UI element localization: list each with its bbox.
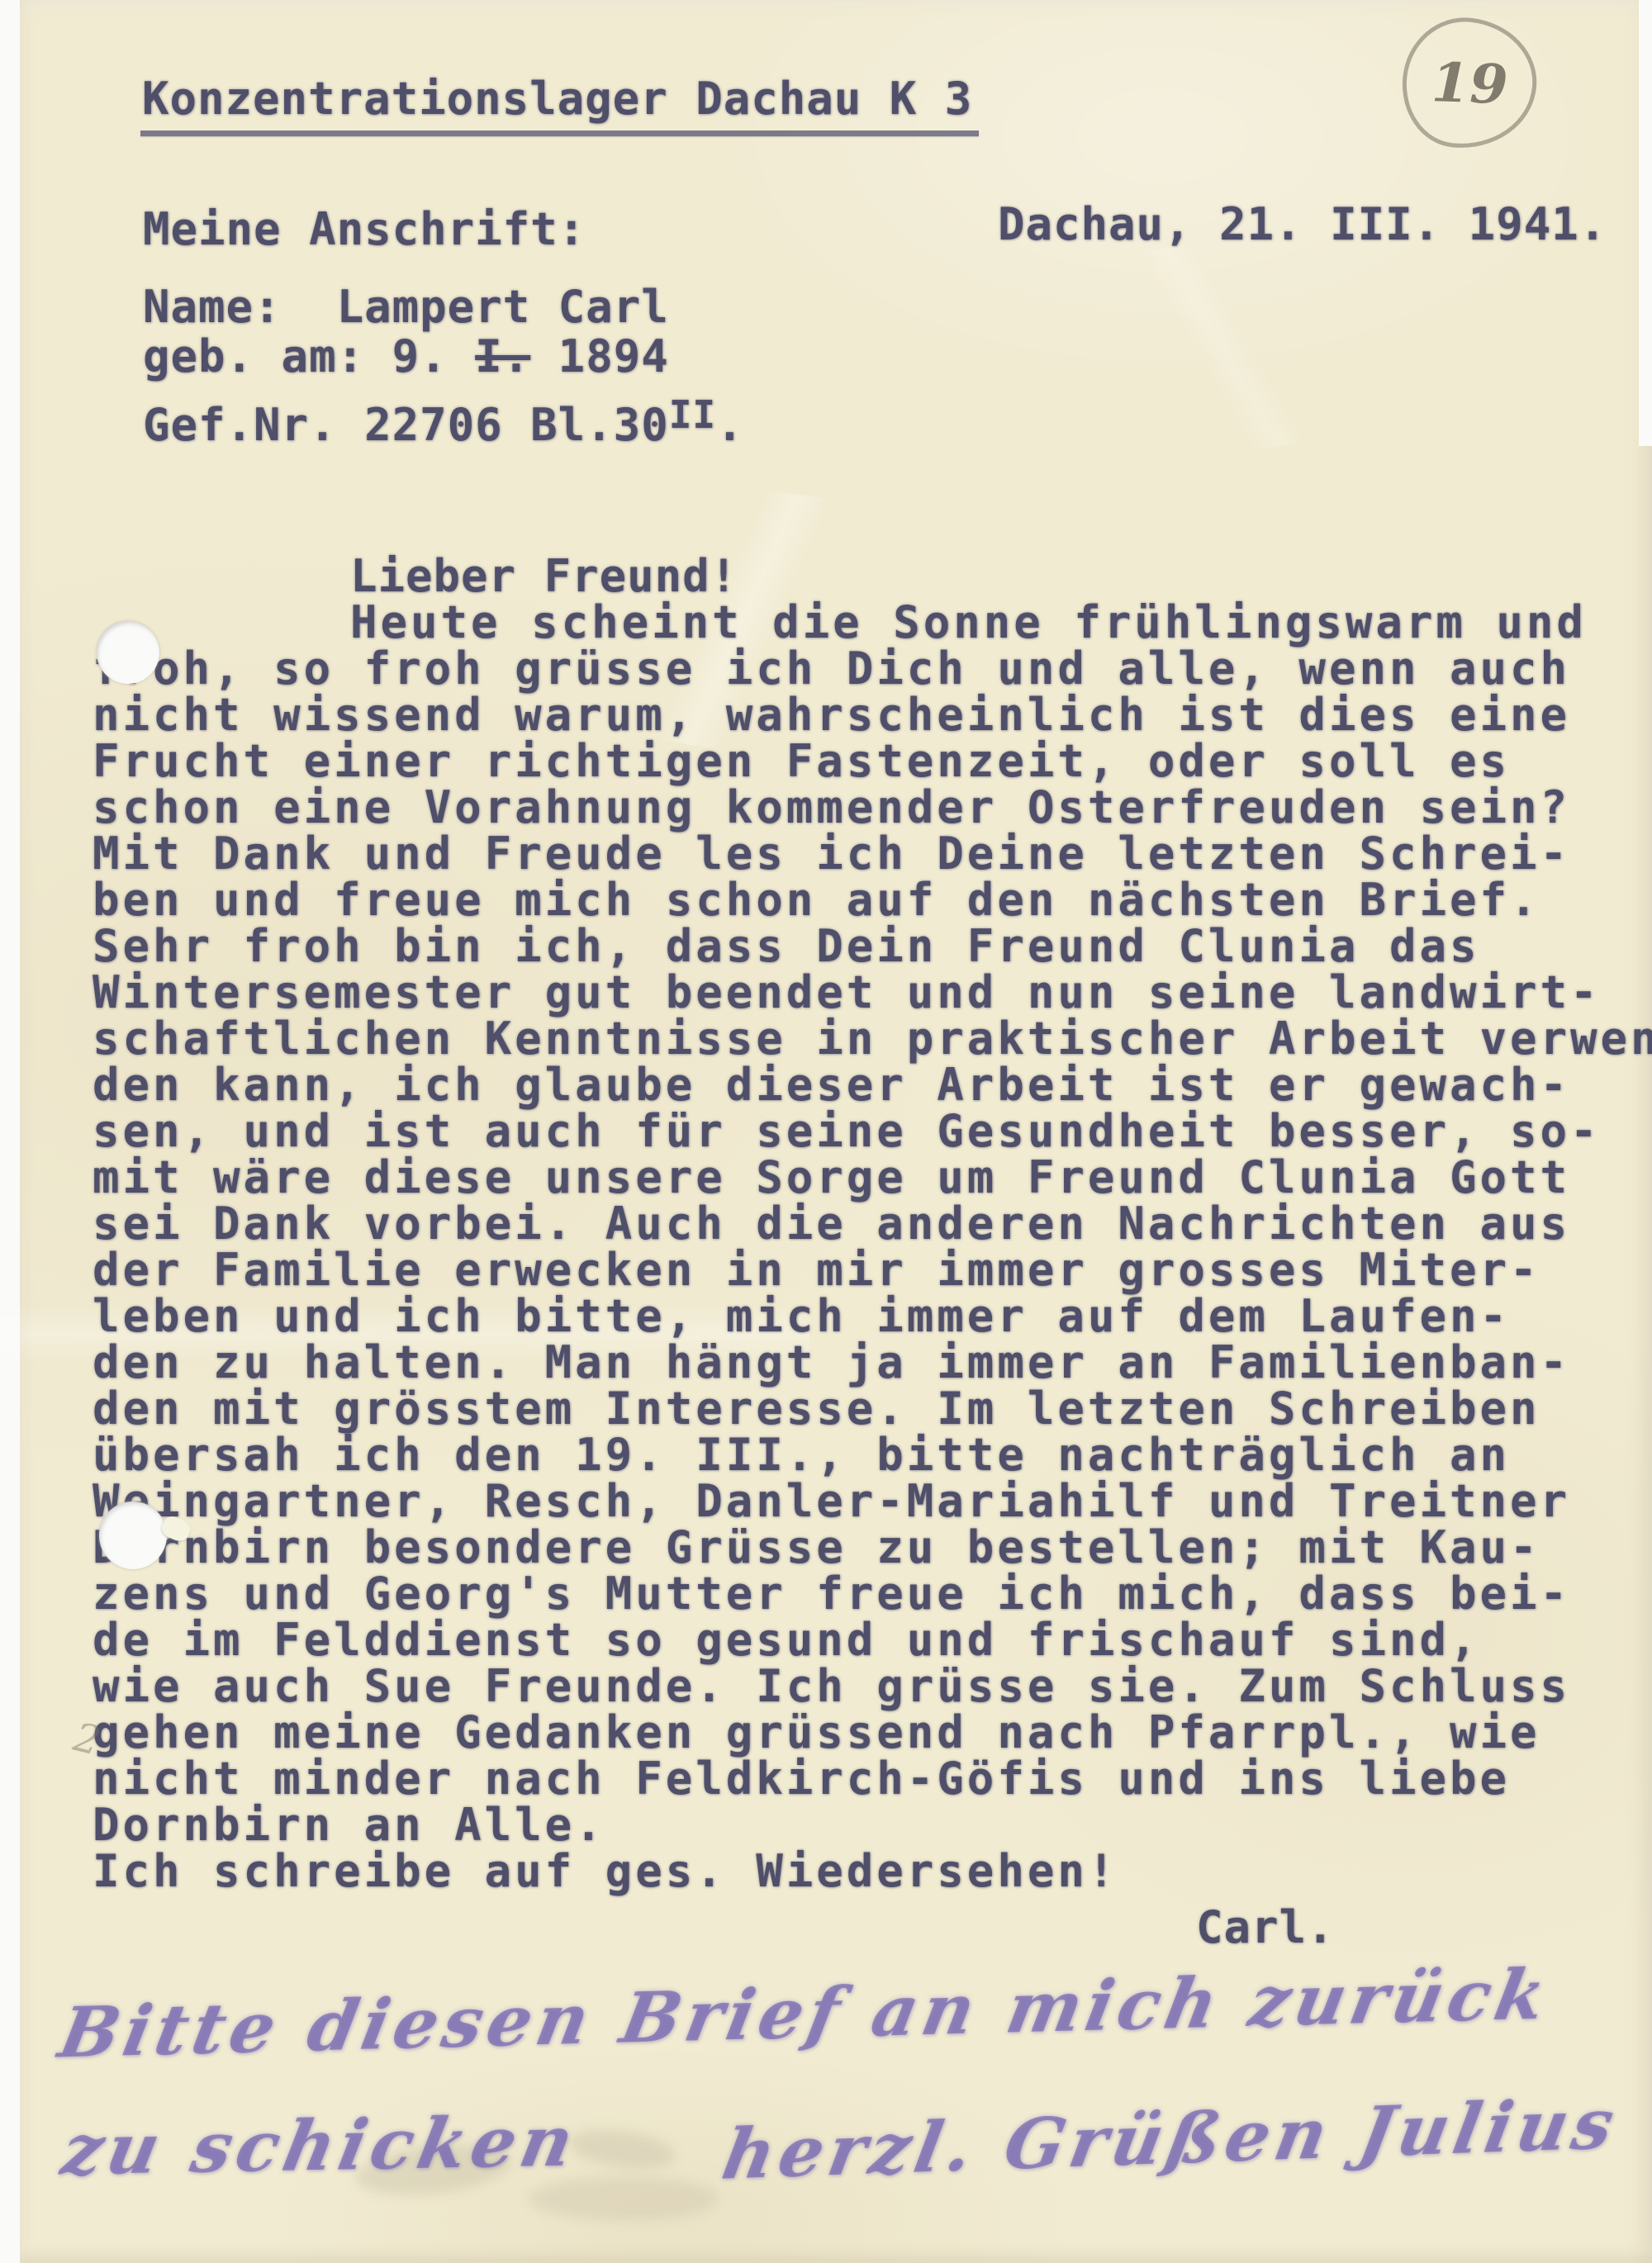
letter-body-line: übersah ich den 19. III., bitte nachträg…: [93, 1432, 1652, 1478]
letter-body-line: Dornbirn besondere Grüsse zu bestellen; …: [93, 1525, 1652, 1571]
letter-body-line: Weingartner, Resch, Danler-Mariahilf und…: [93, 1478, 1652, 1525]
letter-body-line: Mit Dank und Freude les ich Deine letzte…: [93, 831, 1652, 877]
letter-body-line: zens und Georg's Mutter freue ich mich, …: [93, 1571, 1652, 1617]
scan-background-strip: [1639, 0, 1652, 446]
letter-body-line: Heute scheint die Sonne frühlingswarm un…: [93, 600, 1652, 646]
letter-body-line: Ich schreibe auf ges. Wiedersehen!: [93, 1848, 1652, 1895]
letter-body-line: Sehr froh bin ich, dass Dein Freund Clun…: [93, 923, 1652, 970]
birth-month-struck: I.: [475, 330, 530, 382]
letter-body-line: wie auch Sue Freunde. Ich grüsse sie. Zu…: [93, 1663, 1652, 1710]
letter-body-line: gehen meine Gedanken grüssend nach Pfarr…: [93, 1710, 1652, 1756]
letter-body-line: der Familie erwecken in mir immer grosse…: [93, 1247, 1652, 1293]
letter-body-line: schon eine Vorahnung kommender Osterfreu…: [93, 785, 1652, 831]
letter-body-line: den mit grösstem Interesse. Im letzten S…: [93, 1386, 1652, 1432]
pencil-smudge: [529, 2177, 719, 2220]
punch-hole: [99, 1502, 167, 1569]
letter-body-line: sen, und ist auch für seine Gesundheit b…: [93, 1108, 1652, 1155]
page-number: 19: [1424, 50, 1514, 116]
letter-body: Heute scheint die Sonne frühlingswarm un…: [93, 600, 1652, 1895]
prisoner-name-line: Name: Lampert Carl: [143, 281, 669, 333]
letter-body-line: den zu halten. Man hängt ja immer an Fam…: [93, 1340, 1652, 1386]
birth-prefix: geb. am: 9.: [143, 330, 475, 382]
letterhead-underline: [140, 130, 979, 136]
prisoner-block-sup: II: [669, 392, 716, 437]
letter-body-line: nicht wissend warum, wahrscheinlich ist …: [93, 692, 1652, 738]
letter-body-line: nicht minder nach Feldkirch-Göfis und in…: [93, 1756, 1652, 1802]
birth-year: 1894: [530, 330, 669, 382]
letter-body-line: Frucht einer richtigen Fastenzeit, oder …: [93, 738, 1652, 785]
letter-body-line: den kann, ich glaube dieser Arbeit ist e…: [93, 1062, 1652, 1108]
address-label: Meine Anschrift:: [143, 203, 586, 255]
letter-body-line: froh, so froh grüsse ich Dich und alle, …: [93, 646, 1652, 692]
prisoner-number-line: Gef.Nr. 22706 Bl.30II.: [143, 399, 744, 451]
letterhead-camp-line: Konzentrationslager Dachau K 3: [142, 73, 972, 125]
signature: Carl.: [1196, 1901, 1335, 1953]
prisoner-line-period: .: [716, 399, 744, 451]
letter-body-line: sei Dank vorbei. Auch die anderen Nachri…: [93, 1201, 1652, 1247]
letter-body-line: Dornbirn an Alle.: [93, 1802, 1652, 1848]
salutation: Lieber Freund!: [350, 550, 738, 602]
document-scan: 19 Konzentrationslager Dachau K 3 Dachau…: [0, 0, 1652, 2263]
date-line: Dachau, 21. III. 1941.: [998, 198, 1607, 250]
letter-body-line: Wintersemester gut beendet und nun seine…: [93, 970, 1652, 1016]
letter-body-line: de im Felddienst so gesund und frischauf…: [93, 1617, 1652, 1663]
prisoner-number: Gef.Nr. 22706 Bl.30: [143, 399, 669, 451]
letter-body-line: leben und ich bitte, mich immer auf dem …: [93, 1293, 1652, 1340]
handwritten-note-line-2: zu schicken: [55, 2100, 585, 2191]
punch-hole: [97, 621, 159, 684]
letter-body-line: schaftlichen Kenntnisse in praktischer A…: [93, 1016, 1652, 1062]
birth-date-line: geb. am: 9. I. 1894: [143, 330, 669, 382]
letter-body-line: mit wäre diese unsere Sorge um Freund Cl…: [93, 1155, 1652, 1201]
letter-body-line: ben und freue mich schon auf den nächste…: [93, 877, 1652, 923]
